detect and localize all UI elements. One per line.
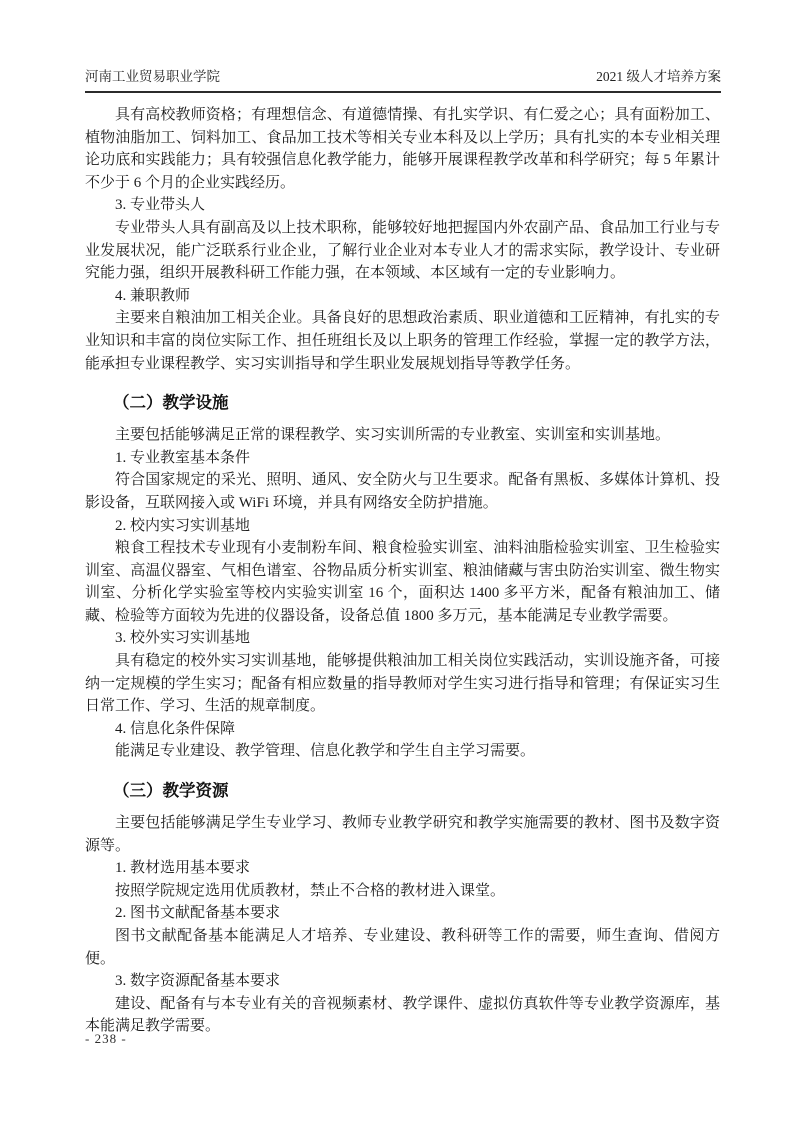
body-paragraph: 建设、配备有与本专业有关的音视频素材、教学课件、虚拟仿真软件等专业教学资源库，基…	[85, 993, 720, 1038]
numbered-item-heading: 3. 数字资源配备基本要求	[85, 970, 720, 993]
body-paragraph: 能满足专业建设、教学管理、信息化教学和学生自主学习需要。	[85, 740, 720, 763]
section-heading: （三）教学资源	[85, 777, 720, 804]
document-content: 具有高校教师资格；有理想信念、有道德情操、有扎实学识、有仁爱之心；具有面粉加工、…	[85, 104, 720, 1038]
body-paragraph: 粮食工程技术专业现有小麦制粉车间、粮食检验实训室、油料油脂检验实训室、卫生检验实…	[85, 537, 720, 627]
page-number: - 238 -	[85, 1031, 127, 1046]
numbered-item-heading: 3. 专业带头人	[85, 194, 720, 217]
body-paragraph: 符合国家规定的采光、照明、通风、安全防火与卫生要求。配备有黑板、多媒体计算机、投…	[85, 469, 720, 514]
body-paragraph: 图书文献配备基本能满足人才培养、专业建设、教科研等工作的需要，师生查询、借阅方便…	[85, 925, 720, 970]
body-paragraph: 主要包括能够满足学生专业学习、教师专业教学研究和教学实施需要的教材、图书及数字资…	[85, 812, 720, 857]
numbered-item-heading: 1. 教材选用基本要求	[85, 857, 720, 880]
numbered-item-heading: 4. 兼职教师	[85, 285, 720, 308]
body-paragraph: 按照学院规定选用优质教材，禁止不合格的教材进入课堂。	[85, 880, 720, 903]
body-paragraph: 主要包括能够满足正常的课程教学、实习实训所需的专业教室、实训室和实训基地。	[85, 424, 720, 447]
document-page: 河南工业贸易职业学院 2021 级人才培养方案 具有高校教师资格；有理想信念、有…	[0, 0, 793, 1122]
numbered-item-heading: 4. 信息化条件保障	[85, 718, 720, 741]
numbered-item-heading: 2. 校内实习实训基地	[85, 515, 720, 538]
header-document-title: 2021 级人才培养方案	[596, 68, 721, 85]
numbered-item-heading: 3. 校外实习实训基地	[85, 627, 720, 650]
numbered-item-heading: 1. 专业教室基本条件	[85, 447, 720, 470]
body-paragraph: 具有稳定的校外实习实训基地，能够提供粮油加工相关岗位实践活动，实训设施齐备，可接…	[85, 650, 720, 718]
page-header: 河南工业贸易职业学院 2021 级人才培养方案	[85, 68, 721, 93]
body-paragraph: 主要来自粮油加工相关企业。具备良好的思想政治素质、职业道德和工匠精神，有扎实的专…	[85, 307, 720, 375]
body-paragraph: 专业带头人具有副高及以上技术职称，能够较好地把握国内外农副产品、食品加工行业与专…	[85, 217, 720, 285]
page-footer: - 238 -	[85, 1031, 127, 1047]
numbered-item-heading: 2. 图书文献配备基本要求	[85, 902, 720, 925]
section-heading: （二）教学设施	[85, 389, 720, 416]
header-school-name: 河南工业贸易职业学院	[85, 68, 220, 85]
body-paragraph: 具有高校教师资格；有理想信念、有道德情操、有扎实学识、有仁爱之心；具有面粉加工、…	[85, 104, 720, 194]
